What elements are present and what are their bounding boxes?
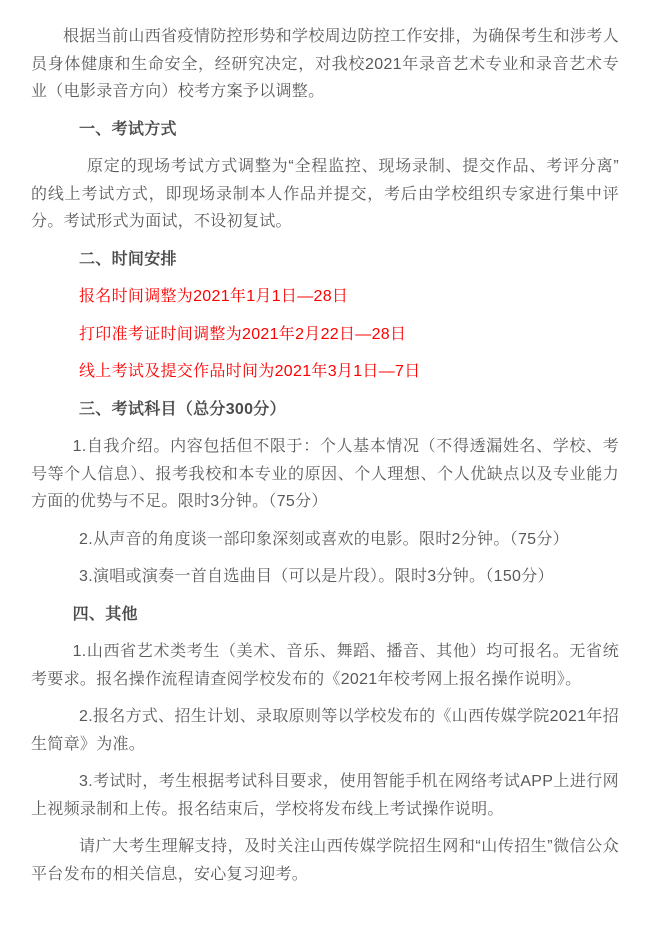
- announcement-document: 根据当前山西省疫情防控形势和学校周边防控工作安排，为确保考生和涉考人员身体健康和…: [0, 0, 650, 928]
- subject-item-self-introduction: 1.自我介绍。内容包括但不限于：个人基本情况（不得透漏姓名、学校、考号等个人信息…: [31, 433, 619, 516]
- registration-time-line: 报名时间调整为2021年1月1日—28日: [31, 283, 619, 311]
- other-note-eligibility: 1.山西省艺术类考生（美术、音乐、舞蹈、播音、其他）均可报名。无省统考要求。报名…: [31, 638, 619, 693]
- other-note-admission-rules: 2.报名方式、招生计划、录取原则等以学校发布的《山西传媒学院2021年招生简章》…: [31, 703, 619, 758]
- exam-method-paragraph: 原定的现场考试方式调整为“全程监控、现场录制、提交作品、考评分离”的线上考试方式…: [31, 153, 619, 236]
- closing-paragraph: 请广大考生理解支持，及时关注山西传媒学院招生网和“山传招生”微信公众平台发布的相…: [31, 833, 619, 888]
- heading-other: 四、其他: [31, 601, 619, 629]
- heading-schedule: 二、时间安排: [31, 246, 619, 274]
- subject-item-performance: 3.演唱或演奏一首自选曲目（可以是片段）。限时3分钟。（150分）: [31, 563, 619, 591]
- heading-exam-subjects: 三、考试科目（总分300分）: [31, 396, 619, 424]
- intro-paragraph: 根据当前山西省疫情防控形势和学校周边防控工作安排，为确保考生和涉考人员身体健康和…: [31, 23, 619, 106]
- print-ticket-time-line: 打印准考证时间调整为2021年2月22日—28日: [31, 321, 619, 349]
- heading-exam-method: 一、考试方式: [31, 116, 619, 144]
- subject-item-film-talk: 2.从声音的角度谈一部印象深刻或喜欢的电影。限时2分钟。（75分）: [31, 526, 619, 554]
- other-note-exam-app: 3.考试时，考生根据考试科目要求，使用智能手机在网络考试APP上进行网上视频录制…: [31, 768, 619, 823]
- online-exam-time-line: 线上考试及提交作品时间为2021年3月1日—7日: [31, 358, 619, 386]
